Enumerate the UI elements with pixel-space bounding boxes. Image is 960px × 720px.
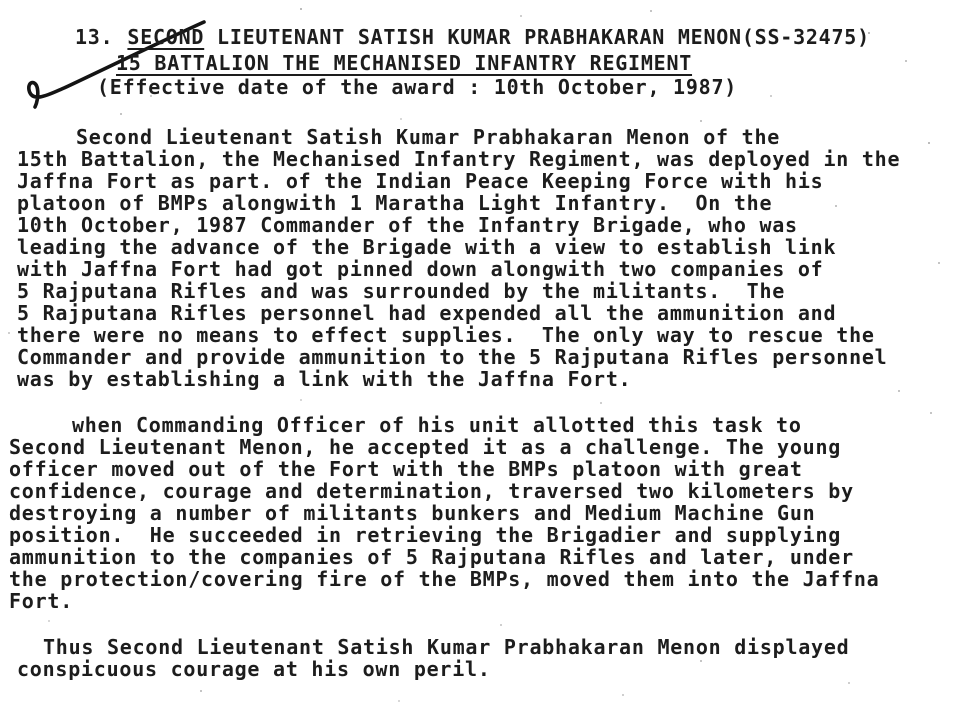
item-number: 13. (75, 25, 113, 49)
paragraph-3: Thus Second Lieutenant Satish Kumar Prab… (17, 636, 849, 680)
scan-noise (0, 0, 2, 2)
text-line: Jaffna Fort as part. of the Indian Peace… (17, 170, 900, 192)
text-line: Second Lieutenant Satish Kumar Prabhakar… (17, 126, 900, 148)
text-line: destroying a number of militants bunkers… (9, 502, 879, 524)
text-line: was by establishing a link with the Jaff… (17, 368, 900, 390)
text-line: when Commanding Officer of his unit allo… (9, 414, 879, 436)
text-line: 5 Rajputana Rifles and was surrounded by… (17, 280, 900, 302)
heading-rank-underlined: SECOND (127, 25, 204, 49)
text-line: ammunition to the companies of 5 Rajputa… (9, 546, 879, 568)
paragraph-1: Second Lieutenant Satish Kumar Prabhakar… (17, 126, 900, 390)
text-line: Commander and provide ammunition to the … (17, 346, 900, 368)
paragraph-2: when Commanding Officer of his unit allo… (9, 414, 879, 612)
text-line: Thus Second Lieutenant Satish Kumar Prab… (17, 636, 849, 658)
heading-unit-line: 15 BATTALION THE MECHANISED INFANTRY REG… (116, 52, 692, 74)
text-line: confidence, courage and determination, t… (9, 480, 879, 502)
heading-line-1: 13.SECOND LIEUTENANT SATISH KUMAR PRABHA… (75, 26, 870, 48)
text-line: 5 Rajputana Rifles personnel had expende… (17, 302, 900, 324)
text-line: position. He succeeded in retrieving the… (9, 524, 879, 546)
text-line: 10th October, 1987 Commander of the Infa… (17, 214, 900, 236)
heading-name-and-number: LIEUTENANT SATISH KUMAR PRABHAKARAN MENO… (204, 25, 870, 49)
text-line: conspicuous courage at his own peril. (17, 658, 849, 680)
text-line: platoon of BMPs alongwith 1 Maratha Ligh… (17, 192, 900, 214)
text-line: Fort. (9, 590, 879, 612)
text-line: the protection/covering fire of the BMPs… (9, 568, 879, 590)
text-line: 15th Battalion, the Mechanised Infantry … (17, 148, 900, 170)
heading-effective-date: (Effective date of the award : 10th Octo… (97, 76, 737, 98)
document-page: 13.SECOND LIEUTENANT SATISH KUMAR PRABHA… (0, 0, 960, 720)
text-line: Second Lieutenant Menon, he accepted it … (9, 436, 879, 458)
text-line: with Jaffna Fort had got pinned down alo… (17, 258, 900, 280)
text-line: officer moved out of the Fort with the B… (9, 458, 879, 480)
text-line: there were no means to effect supplies. … (17, 324, 900, 346)
text-line: leading the advance of the Brigade with … (17, 236, 900, 258)
